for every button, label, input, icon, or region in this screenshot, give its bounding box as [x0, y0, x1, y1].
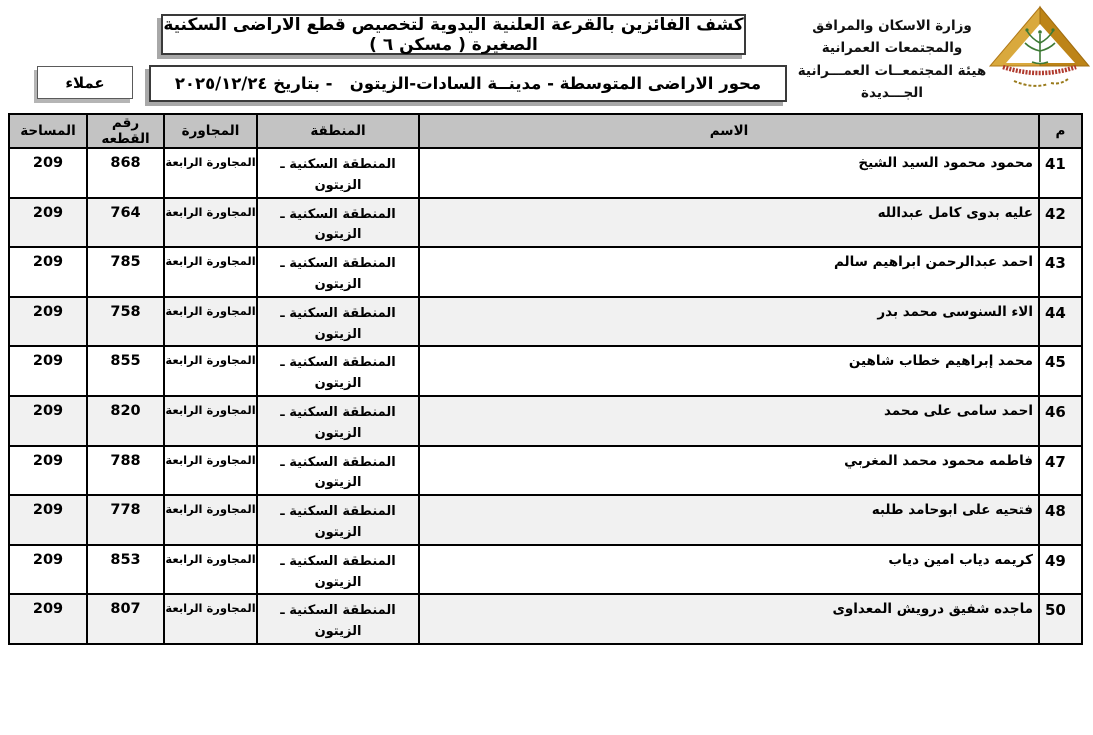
cell-region: المنطقة السكنية ـ الزيتون: [257, 297, 419, 347]
table-row: 46احمد سامى على محمدالمنطقة السكنية ـ ال…: [9, 396, 1082, 446]
cell-region: المنطقة السكنية ـ الزيتون: [257, 545, 419, 595]
cell-region: المنطقة السكنية ـ الزيتون: [257, 594, 419, 644]
gold-script-line: [1014, 81, 1048, 86]
cell-area: 209: [9, 198, 87, 248]
cell-name: احمد سامى على محمد: [419, 396, 1039, 446]
document-subtitle: محور الاراضى المتوسطة - مدينــة السادات-…: [149, 65, 787, 102]
cell-name: احمد عبدالرحمن ابراهيم سالم: [419, 247, 1039, 297]
cell-index: 43: [1039, 247, 1082, 297]
cell-index: 48: [1039, 495, 1082, 545]
cell-plot: 868: [87, 148, 164, 198]
document-page: وزارة الاسكان والمرافق والمجتمعات العمرا…: [0, 0, 1093, 735]
cell-neighborhood: المجاورة الرابعة: [164, 446, 257, 496]
cell-region: المنطقة السكنية ـ الزيتون: [257, 198, 419, 248]
cell-neighborhood: المجاورة الرابعة: [164, 247, 257, 297]
header-name: الاسم: [419, 114, 1039, 148]
table-row: 49كريمه دياب امين ديابالمنطقة السكنية ـ …: [9, 545, 1082, 595]
cell-plot: 807: [87, 594, 164, 644]
cell-index: 44: [1039, 297, 1082, 347]
cell-neighborhood: المجاورة الرابعة: [164, 346, 257, 396]
pyramid-tree-logo-icon: [988, 4, 1090, 104]
cell-region: المنطقة السكنية ـ الزيتون: [257, 148, 419, 198]
cell-area: 209: [9, 545, 87, 595]
cell-index: 49: [1039, 545, 1082, 595]
cell-plot: 788: [87, 446, 164, 496]
cell-plot: 778: [87, 495, 164, 545]
table-row: 43احمد عبدالرحمن ابراهيم سالمالمنطقة الس…: [9, 247, 1082, 297]
cell-index: 46: [1039, 396, 1082, 446]
cell-area: 209: [9, 247, 87, 297]
cell-neighborhood: المجاورة الرابعة: [164, 297, 257, 347]
table-row: 42عليه بدوى كامل عبداللهالمنطقة السكنية …: [9, 198, 1082, 248]
cell-neighborhood: المجاورة الرابعة: [164, 148, 257, 198]
header-neighborhood: المجاورة: [164, 114, 257, 148]
cell-plot: 820: [87, 396, 164, 446]
cell-name: محمود محمود السيد الشيخ: [419, 148, 1039, 198]
cell-neighborhood: المجاورة الرابعة: [164, 396, 257, 446]
cell-name: محمد إبراهيم خطاب شاهين: [419, 346, 1039, 396]
ministry-header: وزارة الاسكان والمرافق والمجتمعات العمرا…: [786, 15, 998, 104]
cell-plot: 764: [87, 198, 164, 248]
table-row: 45محمد إبراهيم خطاب شاهينالمنطقة السكنية…: [9, 346, 1082, 396]
cell-name: فاطمه محمود محمد المغربي: [419, 446, 1039, 496]
cell-neighborhood: المجاورة الرابعة: [164, 198, 257, 248]
cell-region: المنطقة السكنية ـ الزيتون: [257, 247, 419, 297]
cell-name: عليه بدوى كامل عبدالله: [419, 198, 1039, 248]
document-title: كشف الفائزين بالقرعة العلنية اليدوية لتخ…: [161, 14, 746, 55]
cell-region: المنطقة السكنية ـ الزيتون: [257, 396, 419, 446]
cell-plot: 758: [87, 297, 164, 347]
cell-index: 45: [1039, 346, 1082, 396]
cell-area: 209: [9, 346, 87, 396]
table-row: 41محمود محمود السيد الشيخالمنطقة السكنية…: [9, 148, 1082, 198]
cell-plot: 785: [87, 247, 164, 297]
cell-neighborhood: المجاورة الرابعة: [164, 495, 257, 545]
red-band: [1003, 67, 1076, 73]
cell-index: 47: [1039, 446, 1082, 496]
header-region: المنطقة: [257, 114, 419, 148]
customers-label-box: عملاء: [37, 66, 133, 99]
cell-region: المنطقة السكنية ـ الزيتون: [257, 346, 419, 396]
table-row: 50ماجده شفيق درويش المعداوىالمنطقة السكن…: [9, 594, 1082, 644]
cell-index: 42: [1039, 198, 1082, 248]
winners-table-body: 41محمود محمود السيد الشيخالمنطقة السكنية…: [9, 148, 1082, 644]
cell-neighborhood: المجاورة الرابعة: [164, 594, 257, 644]
winners-table: مالاسمالمنطقةالمجاورةرقم القطعهالمساحة 4…: [8, 113, 1083, 645]
cell-area: 209: [9, 594, 87, 644]
ministry-line1: وزارة الاسكان والمرافق والمجتمعات العمرا…: [786, 15, 998, 60]
cell-plot: 853: [87, 545, 164, 595]
cell-area: 209: [9, 446, 87, 496]
ministry-line2: هيئة المجتمعــات العمـــرانية الجـــديدة: [786, 60, 998, 105]
authority-logo: [988, 4, 1090, 104]
header-plot: رقم القطعه: [87, 114, 164, 148]
cell-region: المنطقة السكنية ـ الزيتون: [257, 495, 419, 545]
header-area: المساحة: [9, 114, 87, 148]
cell-name: ماجده شفيق درويش المعداوى: [419, 594, 1039, 644]
cell-neighborhood: المجاورة الرابعة: [164, 545, 257, 595]
table-row: 47فاطمه محمود محمد المغربيالمنطقة السكني…: [9, 446, 1082, 496]
table-header-row: مالاسمالمنطقةالمجاورةرقم القطعهالمساحة: [9, 114, 1082, 148]
header-index: م: [1039, 114, 1082, 148]
cell-name: كريمه دياب امين دياب: [419, 545, 1039, 595]
cell-area: 209: [9, 297, 87, 347]
cell-plot: 855: [87, 346, 164, 396]
cell-area: 209: [9, 148, 87, 198]
winners-table-head: مالاسمالمنطقةالمجاورةرقم القطعهالمساحة: [9, 114, 1082, 148]
cell-name: فتحيه على ابوحامد طلبه: [419, 495, 1039, 545]
table-row: 48فتحيه على ابوحامد طلبهالمنطقة السكنية …: [9, 495, 1082, 545]
table-row: 44الاء السنوسى محمد بدرالمنطقة السكنية ـ…: [9, 297, 1082, 347]
gold-script-line: [1051, 79, 1068, 84]
cell-index: 50: [1039, 594, 1082, 644]
cell-area: 209: [9, 495, 87, 545]
cell-name: الاء السنوسى محمد بدر: [419, 297, 1039, 347]
cell-area: 209: [9, 396, 87, 446]
cell-index: 41: [1039, 148, 1082, 198]
cell-region: المنطقة السكنية ـ الزيتون: [257, 446, 419, 496]
